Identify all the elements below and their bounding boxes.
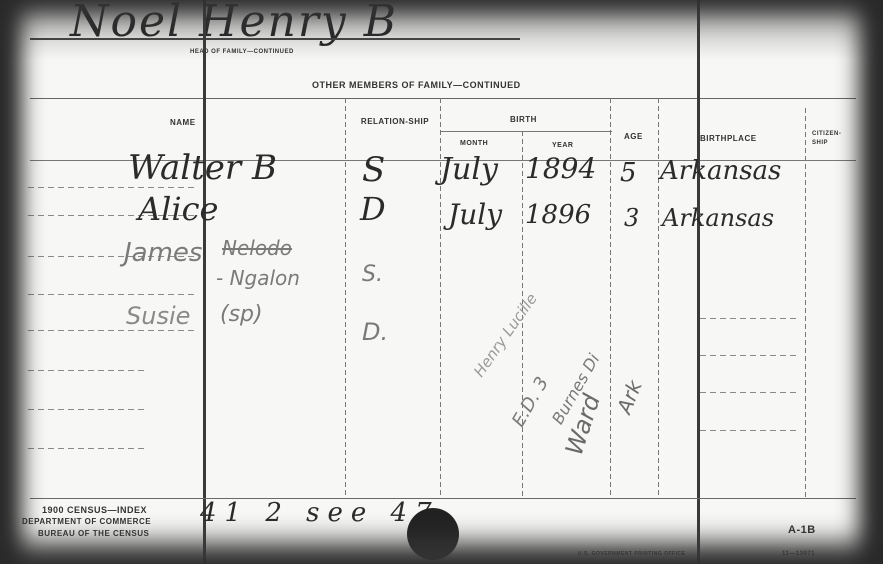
row-line <box>28 448 148 449</box>
row-line <box>700 318 800 319</box>
row3-relationship: S. <box>362 262 383 287</box>
header-citizenship: Citizen-ship <box>812 130 854 148</box>
row4-relationship: D. <box>362 318 388 346</box>
row-line <box>700 430 800 431</box>
footer-dept-line2: Bureau of the Census <box>38 529 149 538</box>
row3-name: James <box>124 238 202 268</box>
header-birthplace: Birthplace <box>700 134 757 143</box>
header-month: Month <box>460 140 488 147</box>
header-name: Name <box>170 118 196 127</box>
head-name-underline <box>30 38 520 40</box>
row1-name: Walter B <box>128 148 277 188</box>
row2-birthplace: Arkansas <box>662 204 774 232</box>
row1-birthplace: Arkansas <box>660 156 781 186</box>
row-line <box>28 370 148 371</box>
relationship-left-divider <box>345 98 346 498</box>
table-bottom-border <box>30 498 856 499</box>
birth-subheader-border <box>440 131 612 132</box>
row-line <box>28 330 198 331</box>
punch-hole <box>407 508 459 560</box>
row1-year: 1894 <box>525 152 596 185</box>
pencil-note-1: Henry Lucille <box>470 290 541 380</box>
footer-handwritten-ref: 41 2 see 47 <box>200 498 440 528</box>
header-age: Age <box>624 132 643 141</box>
row3-name-struck: Nelodo <box>222 236 292 260</box>
footer-form-number: A-1b <box>788 524 816 536</box>
header-relationship: Relation-ship <box>360 116 430 127</box>
header-birth: Birth <box>510 115 537 124</box>
pencil-note-5: Ark <box>612 377 647 417</box>
citizenship-left-divider <box>805 108 806 498</box>
row-line <box>28 409 148 410</box>
row-line <box>700 355 800 356</box>
row2-relationship: D <box>360 190 386 228</box>
header-year: Year <box>552 142 573 149</box>
row2-month: July <box>448 198 502 231</box>
age-right-divider <box>658 98 659 498</box>
name-column-divider <box>203 0 206 564</box>
row2-name: Alice <box>138 190 218 228</box>
footer-census-label: 1900 Census—Index <box>42 505 147 515</box>
row1-month: July <box>440 152 498 187</box>
row-line <box>28 294 198 295</box>
census-card: Noel Henry B Head of Family—Continued Ot… <box>0 0 883 564</box>
footer-printer: U.S. Government Printing Office <box>578 551 685 557</box>
row4-name-note: (sp) <box>220 302 263 327</box>
birthplace-left-divider <box>697 0 700 564</box>
row1-age: 5 <box>620 158 637 188</box>
age-left-divider <box>610 98 611 498</box>
row1-relationship: S <box>362 150 385 190</box>
row4-name: Susie <box>126 302 190 330</box>
header-relationship-text: Relation-ship <box>361 117 429 126</box>
pencil-note-2: E.D. 3 <box>508 373 553 430</box>
footer-print-code: 11—13071 <box>782 551 815 557</box>
row3-name-alt: - Ngalon <box>216 266 300 290</box>
footer-dept-line1: Department of Commerce <box>22 517 151 526</box>
row2-year: 1896 <box>525 200 591 230</box>
row-line <box>700 392 800 393</box>
section-title: Other Members of Family—Continued <box>312 80 521 90</box>
row2-age: 3 <box>624 204 639 232</box>
table-top-border <box>30 98 856 99</box>
